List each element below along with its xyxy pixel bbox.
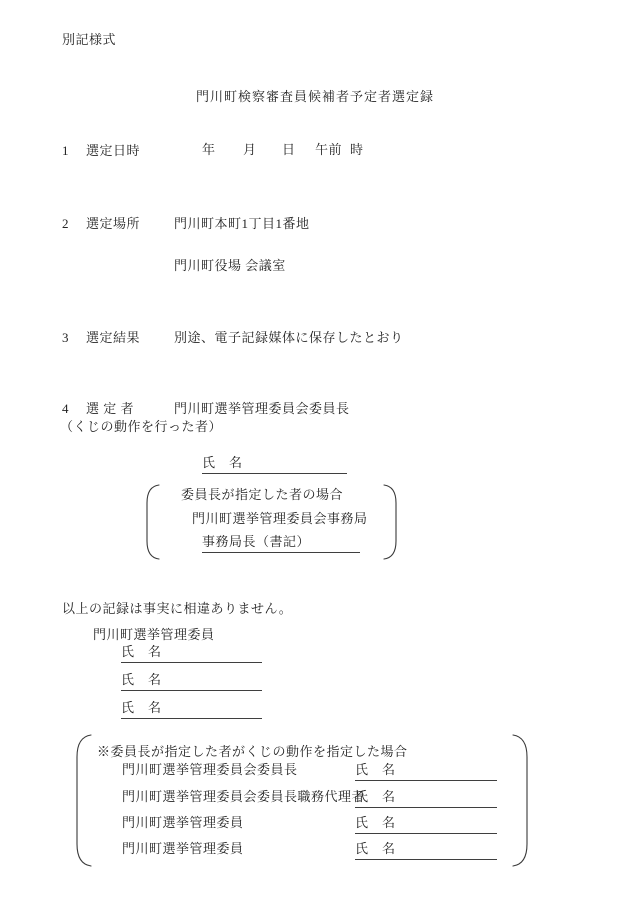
datetime-month-label: 月 <box>243 142 257 158</box>
member-name-field: 氏 名 <box>121 700 262 719</box>
left-parenthesis-icon <box>144 484 160 560</box>
member-name-field-label: 氏 名 <box>121 644 162 659</box>
section-3-result: 別途、電子記録媒体に保存したとおり <box>174 330 404 346</box>
footer-row-label: 門川町選挙管理委員会委員長職務代理者 <box>122 789 365 805</box>
datetime-year-label: 年 <box>202 142 216 158</box>
section-2-address: 門川町本町1丁目1番地 <box>174 216 310 232</box>
footer-row-label: 門川町選挙管理委員 <box>122 815 244 831</box>
section-2-label: 選定場所 <box>86 216 140 232</box>
datetime-day-label: 日 <box>282 142 296 158</box>
designee-office-line: 門川町選挙管理委員会事務局 <box>192 511 368 527</box>
section-3-number: 3 <box>62 330 69 346</box>
section-2-venue: 門川町役場 会議室 <box>174 258 286 274</box>
attestation-statement: 以上の記録は事実に相違ありません。 <box>62 601 292 617</box>
selector-name-field-label: 氏 名 <box>202 455 243 470</box>
section-1-label: 選定日時 <box>86 143 140 159</box>
section-4-note: （くじの動作を行った者） <box>60 419 222 435</box>
section-4-label: 選 定 者 <box>86 401 134 417</box>
right-parenthesis-icon <box>383 484 399 560</box>
section-2-number: 2 <box>62 216 69 232</box>
footer-name-field-label: 氏 名 <box>355 815 396 830</box>
member-name-field-label: 氏 名 <box>121 700 162 715</box>
document-page: 別記様式 門川町検察審査員候補者予定者選定録 1 選定日時 年 月 日 午前 時… <box>0 0 630 903</box>
footer-row-label: 門川町選挙管理委員 <box>122 841 244 857</box>
footer-name-field: 氏 名 <box>355 815 497 834</box>
section-3-label: 選定結果 <box>86 330 140 346</box>
right-parenthesis-icon <box>512 734 530 867</box>
section-4-number: 4 <box>62 401 69 417</box>
commission-members-label: 門川町選挙管理委員 <box>93 627 215 643</box>
footer-box-heading: ※委員長が指定した者がくじの動作を指定した場合 <box>97 744 408 760</box>
footer-name-field-label: 氏 名 <box>355 762 396 777</box>
datetime-am-label: 午前 <box>315 142 342 158</box>
member-name-field-label: 氏 名 <box>121 672 162 687</box>
footer-name-field: 氏 名 <box>355 762 497 781</box>
designee-case-line: 委員長が指定した者の場合 <box>181 487 343 503</box>
section-1-number: 1 <box>62 143 69 159</box>
member-name-field: 氏 名 <box>121 644 262 663</box>
footer-name-field: 氏 名 <box>355 841 497 860</box>
footer-name-field: 氏 名 <box>355 789 497 808</box>
footer-name-field-label: 氏 名 <box>355 841 396 856</box>
member-name-field: 氏 名 <box>121 672 262 691</box>
section-4-selector-title: 門川町選挙管理委員会委員長 <box>174 401 350 417</box>
footer-row-label: 門川町選挙管理委員会委員長 <box>122 762 298 778</box>
clerk-name-field-label: 事務局長（書記） <box>202 534 310 549</box>
footer-name-field-label: 氏 名 <box>355 789 396 804</box>
form-style-note: 別記様式 <box>62 32 116 48</box>
selector-name-field: 氏 名 <box>202 455 347 474</box>
datetime-hour-label: 時 <box>350 142 364 158</box>
document-title: 門川町検察審査員候補者予定者選定録 <box>0 89 630 105</box>
left-parenthesis-icon <box>74 734 92 867</box>
clerk-name-field: 事務局長（書記） <box>202 534 360 553</box>
